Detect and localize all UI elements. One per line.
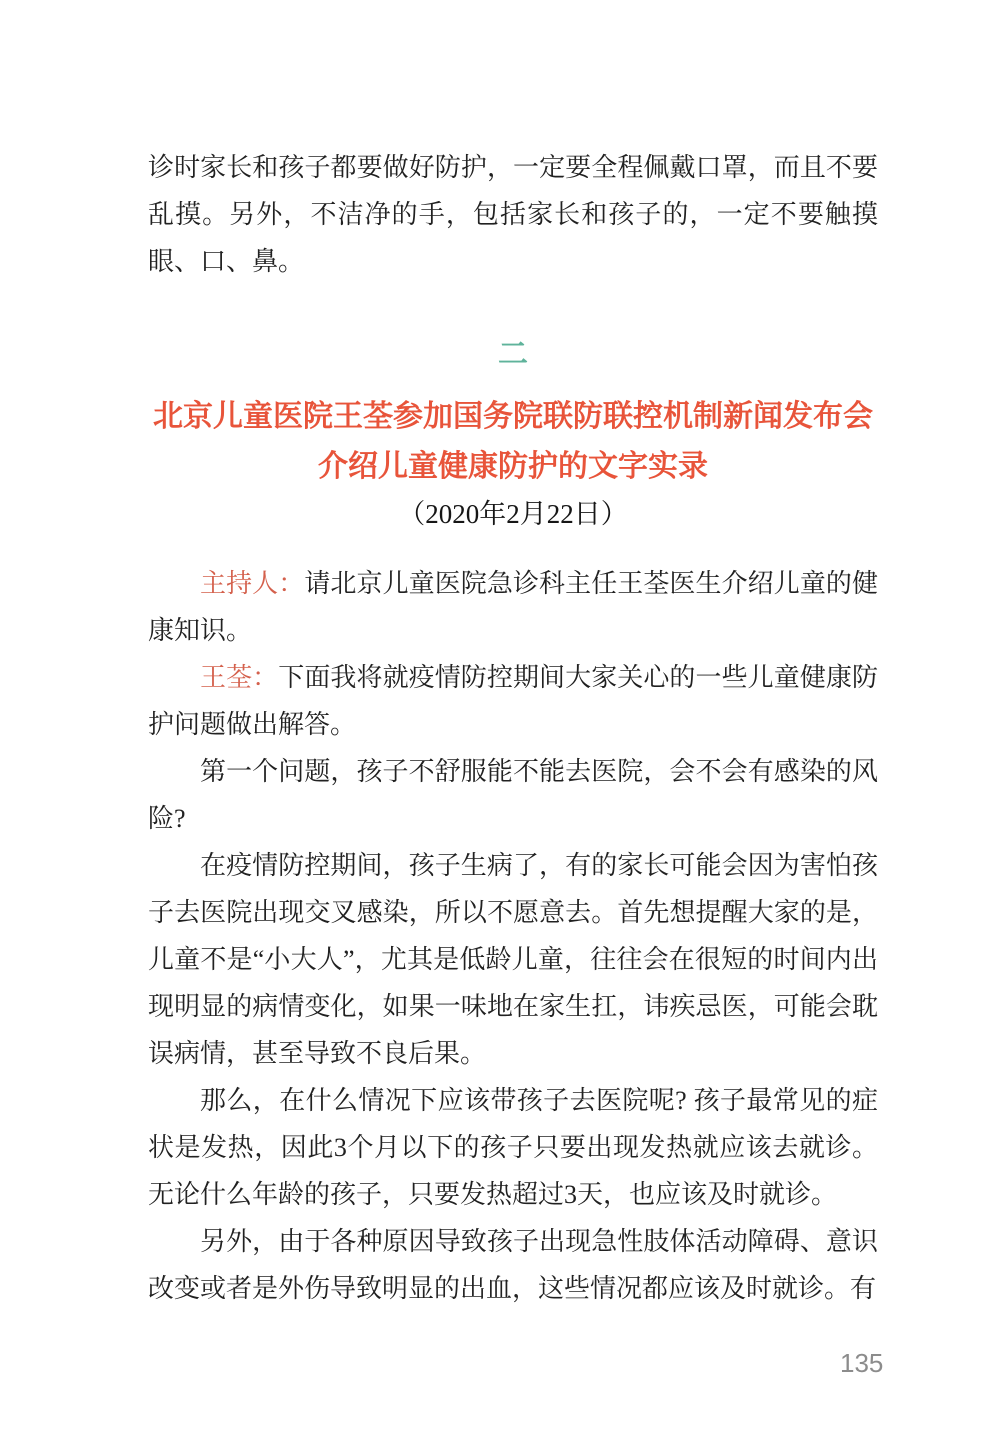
speaker-label: 王荃：	[200, 663, 278, 692]
section-title: 北京儿童医院王荃参加国务院联防联控机制新闻发布会 介绍儿童健康防护的文字实录	[148, 392, 878, 492]
continuation-paragraph: 诊时家长和孩子都要做好防护，一定要全程佩戴口罩，而且不要乱摸。另外，不洁净的手，…	[148, 144, 878, 285]
dialogue-paragraph: 另外，由于各种原因导致孩子出现急性肢体活动障碍、意识改变或者是外伤导致明显的出血…	[148, 1218, 878, 1312]
dialogue-paragraph: 主持人：请北京儿童医院急诊科主任王荃医生介绍儿童的健康知识。	[148, 560, 878, 654]
text-column: 诊时家长和孩子都要做好防护，一定要全程佩戴口罩，而且不要乱摸。另外，不洁净的手，…	[148, 144, 878, 1312]
section-date: （2020年2月22日）	[148, 494, 878, 534]
paragraph-text: 在疫情防控期间，孩子生病了，有的家长可能会因为害怕孩子去医院出现交叉感染，所以不…	[148, 851, 878, 1068]
document-page: 诊时家长和孩子都要做好防护，一定要全程佩戴口罩，而且不要乱摸。另外，不洁净的手，…	[0, 0, 1000, 1450]
section-title-line-1: 北京儿童医院王荃参加国务院联防联控机制新闻发布会	[148, 392, 878, 442]
section-title-line-2: 介绍儿童健康防护的文字实录	[148, 442, 878, 492]
section-number-marker: 二	[148, 331, 878, 378]
dialogue-paragraph: 第一个问题，孩子不舒服能不能去医院，会不会有感染的风险?	[148, 748, 878, 842]
dialogue-paragraph: 那么，在什么情况下应该带孩子去医院呢? 孩子最常见的症状是发热，因此3个月以下的…	[148, 1077, 878, 1218]
dialogue-paragraph: 在疫情防控期间，孩子生病了，有的家长可能会因为害怕孩子去医院出现交叉感染，所以不…	[148, 842, 878, 1077]
paragraph-text: 另外，由于各种原因导致孩子出现急性肢体活动障碍、意识改变或者是外伤导致明显的出血…	[148, 1227, 878, 1303]
speaker-label: 主持人：	[200, 569, 304, 598]
dialogue-body: 主持人：请北京儿童医院急诊科主任王荃医生介绍儿童的健康知识。 王荃：下面我将就疫…	[148, 560, 878, 1312]
paragraph-text: 那么，在什么情况下应该带孩子去医院呢? 孩子最常见的症状是发热，因此3个月以下的…	[148, 1086, 878, 1209]
page-number: 135	[840, 1348, 883, 1379]
paragraph-text: 第一个问题，孩子不舒服能不能去医院，会不会有感染的风险?	[148, 757, 878, 833]
dialogue-paragraph: 王荃：下面我将就疫情防控期间大家关心的一些儿童健康防护问题做出解答。	[148, 654, 878, 748]
